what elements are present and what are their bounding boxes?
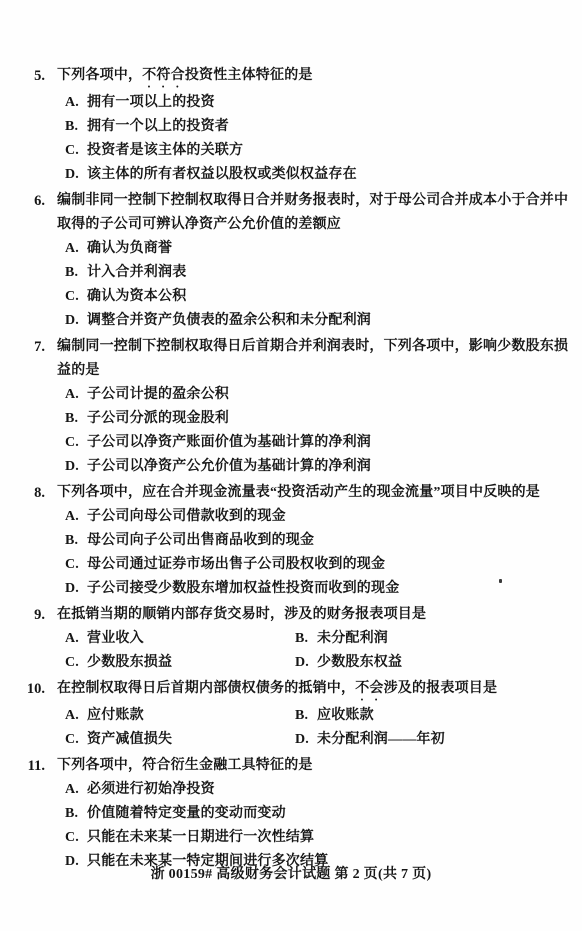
question-body: 下列各项中，不符合投资性主体特征的是 A.拥有一项以上的投资B.拥有一个以上的投… xyxy=(57,64,568,187)
question-body: 下列各项中，应在合并现金流量表“投资活动产生的现金流量”项目中反映的是 A.子公… xyxy=(57,481,568,601)
option-text: 未分配利润 xyxy=(317,627,388,651)
question-stem: 编制非同一控制下控制权取得日合并财务报表时，对于母公司合并成本小于合并中取得的子… xyxy=(57,189,568,237)
option-text: 计入合并利润表 xyxy=(87,261,186,285)
option-letter: B. xyxy=(65,529,87,553)
option-c: C.投资者是该主体的关联方 xyxy=(65,139,568,163)
option-a: A.确认为负商誉 xyxy=(65,237,568,261)
option-letter: A. xyxy=(65,383,87,407)
option-text: 价值随着特定变量的变动而变动 xyxy=(87,802,286,826)
option-letter: C. xyxy=(65,553,87,577)
stem-line: 取得的子公司可辨认净资产公允价值的差额应 xyxy=(57,213,568,237)
page-footer-text: 浙 00159# 高级财务会计试题 第 2 页(共 7 页) xyxy=(151,867,432,882)
option-c: C.资产减值损失 xyxy=(65,728,295,752)
question-number: 6. xyxy=(0,189,45,213)
option-a: A.必须进行初始净投资 xyxy=(65,778,568,802)
stem-text: 在抵销当期的顺销内部存货交易时，涉及的财务报表项目是 xyxy=(57,607,426,622)
option-letter: D. xyxy=(65,455,87,479)
emphasized-text: 不会 xyxy=(355,681,383,696)
stem-line: 编制同一控制下控制权取得日后首期合并利润表时，下列各项中，影响少数股东损 xyxy=(57,335,568,359)
option-text: 只能在未来某一日期进行一次性结算 xyxy=(87,826,314,850)
option-text: 拥有一个以上的投资者 xyxy=(87,115,229,139)
option-a: A.子公司计提的盈余公积 xyxy=(65,383,568,407)
option-c: C.少数股东损益 xyxy=(65,651,295,675)
question-body: 编制非同一控制下控制权取得日合并财务报表时，对于母公司合并成本小于合并中取得的子… xyxy=(57,189,568,333)
question-number: 8. xyxy=(0,481,45,505)
option-text: 少数股东权益 xyxy=(317,651,402,675)
option-letter: A. xyxy=(65,505,87,529)
question-stem: 下列各项中，应在合并现金流量表“投资活动产生的现金流量”项目中反映的是 xyxy=(57,481,568,505)
option-d: D.子公司接受少数股东增加权益性投资而收到的现金 xyxy=(65,577,568,601)
stem-text: 投资性主体特征的是 xyxy=(185,68,313,83)
option-list: A.必须进行初始净投资B.价值随着特定变量的变动而变动C.只能在未来某一日期进行… xyxy=(65,778,568,874)
question: 9. 在抵销当期的顺销内部存货交易时，涉及的财务报表项目是 A.营业收入B.未分… xyxy=(0,603,568,675)
question-stem: 下列各项中，符合衍生金融工具特征的是 xyxy=(57,754,568,778)
question-list: 5. 下列各项中，不符合投资性主体特征的是 A.拥有一项以上的投资B.拥有一个以… xyxy=(0,64,568,876)
question-number: 10. xyxy=(0,677,45,701)
stem-line: 在控制权取得日后首期内部债权债务的抵销中，不会涉及的报表项目是 xyxy=(57,677,568,704)
stem-text: 下列各项中， xyxy=(57,68,142,83)
option-list: A.子公司向母公司借款收到的现金B.母公司向子公司出售商品收到的现金C.母公司通… xyxy=(65,505,568,601)
question: 10. 在控制权取得日后首期内部债权债务的抵销中，不会涉及的报表项目是 A.应付… xyxy=(0,677,568,752)
option-text: 该主体的所有者权益以股权或类似权益存在 xyxy=(87,163,357,187)
option-a: A.子公司向母公司借款收到的现金 xyxy=(65,505,568,529)
option-letter: B. xyxy=(295,704,317,728)
question: 11. 下列各项中，符合衍生金融工具特征的是 A.必须进行初始净投资B.价值随着… xyxy=(0,754,568,874)
option-letter: D. xyxy=(295,651,317,675)
option-c: C.只能在未来某一日期进行一次性结算 xyxy=(65,826,568,850)
question: 7. 编制同一控制下控制权取得日后首期合并利润表时，下列各项中，影响少数股东损益… xyxy=(0,335,568,479)
option-list: A.应付账款B.应收账款C.资产减值损失D.未分配利润——年初 xyxy=(65,704,568,752)
stem-line: 下列各项中，应在合并现金流量表“投资活动产生的现金流量”项目中反映的是 xyxy=(57,481,568,505)
option-text: 子公司以净资产公允价值为基础计算的净利润 xyxy=(87,455,371,479)
option-letter: D. xyxy=(65,309,87,333)
question-body: 编制同一控制下控制权取得日后首期合并利润表时，下列各项中，影响少数股东损益的是 … xyxy=(57,335,568,479)
option-letter: A. xyxy=(65,91,87,115)
option-letter: C. xyxy=(65,728,87,752)
option-letter: B. xyxy=(65,407,87,431)
option-text: 子公司接受少数股东增加权益性投资而收到的现金 xyxy=(87,577,399,601)
option-text: 子公司以净资产账面价值为基础计算的净利润 xyxy=(87,431,371,455)
option-text: 拥有一项以上的投资 xyxy=(87,91,215,115)
option-letter: A. xyxy=(65,627,87,651)
question-stem: 下列各项中，不符合投资性主体特征的是 xyxy=(57,64,568,91)
option-text: 应收账款 xyxy=(317,704,374,728)
option-d: D.调整合并资产负债表的盈余公积和未分配利润 xyxy=(65,309,568,333)
option-letter: C. xyxy=(65,431,87,455)
option-c: C.母公司通过证券市场出售子公司股权收到的现金 xyxy=(65,553,568,577)
question-stem: 编制同一控制下控制权取得日后首期合并利润表时，下列各项中，影响少数股东损益的是 xyxy=(57,335,568,383)
option-text: 母公司向子公司出售商品收到的现金 xyxy=(87,529,314,553)
option-d: D.未分配利润——年初 xyxy=(295,728,568,752)
option-text: 营业收入 xyxy=(87,627,144,651)
option-text: 投资者是该主体的关联方 xyxy=(87,139,243,163)
scan-speck xyxy=(499,579,502,583)
emphasized-text: 不符合 xyxy=(142,68,185,83)
option-list: A.营业收入B.未分配利润C.少数股东损益D.少数股东权益 xyxy=(65,627,568,675)
stem-text: 益的是 xyxy=(57,363,100,378)
option-letter: C. xyxy=(65,285,87,309)
option-d: D.子公司以净资产公允价值为基础计算的净利润 xyxy=(65,455,568,479)
option-text: 资产减值损失 xyxy=(87,728,172,752)
stem-text: 编制非同一控制下控制权取得日合并财务报表时，对于母公司合并成本小于合并中 xyxy=(57,193,568,208)
option-b: B.价值随着特定变量的变动而变动 xyxy=(65,802,568,826)
question-number: 5. xyxy=(0,64,45,88)
option-letter: D. xyxy=(295,728,317,752)
option-list: A.子公司计提的盈余公积B.子公司分派的现金股利C.子公司以净资产账面价值为基础… xyxy=(65,383,568,479)
question-body: 在控制权取得日后首期内部债权债务的抵销中，不会涉及的报表项目是 A.应付账款B.… xyxy=(57,677,568,752)
stem-line: 编制非同一控制下控制权取得日合并财务报表时，对于母公司合并成本小于合并中 xyxy=(57,189,568,213)
page-footer: 浙 00159# 高级财务会计试题 第 2 页(共 7 页) xyxy=(0,864,582,886)
option-c: C.确认为资本公积 xyxy=(65,285,568,309)
stem-text: 编制同一控制下控制权取得日后首期合并利润表时，下列各项中，影响少数股东损 xyxy=(57,339,568,354)
option-b: B.未分配利润 xyxy=(295,627,568,651)
stem-text: 涉及的报表项目是 xyxy=(384,681,498,696)
option-text: 未分配利润——年初 xyxy=(317,728,445,752)
option-b: B.计入合并利润表 xyxy=(65,261,568,285)
question: 5. 下列各项中，不符合投资性主体特征的是 A.拥有一项以上的投资B.拥有一个以… xyxy=(0,64,568,187)
option-text: 应付账款 xyxy=(87,704,144,728)
option-b: B.应收账款 xyxy=(295,704,568,728)
option-letter: C. xyxy=(65,139,87,163)
option-a: A.营业收入 xyxy=(65,627,295,651)
option-letter: B. xyxy=(65,261,87,285)
option-d: D.该主体的所有者权益以股权或类似权益存在 xyxy=(65,163,568,187)
option-list: A.拥有一项以上的投资B.拥有一个以上的投资者C.投资者是该主体的关联方D.该主… xyxy=(65,91,568,187)
question: 6. 编制非同一控制下控制权取得日合并财务报表时，对于母公司合并成本小于合并中取… xyxy=(0,189,568,333)
stem-text: 取得的子公司可辨认净资产公允价值的差额应 xyxy=(57,217,341,232)
option-letter: B. xyxy=(65,115,87,139)
question-stem: 在抵销当期的顺销内部存货交易时，涉及的财务报表项目是 xyxy=(57,603,568,627)
stem-line: 在抵销当期的顺销内部存货交易时，涉及的财务报表项目是 xyxy=(57,603,568,627)
option-text: 确认为负商誉 xyxy=(87,237,172,261)
stem-text: 下列各项中，应在合并现金流量表“投资活动产生的现金流量”项目中反映的是 xyxy=(57,485,540,500)
option-letter: A. xyxy=(65,237,87,261)
option-c: C.子公司以净资产账面价值为基础计算的净利润 xyxy=(65,431,568,455)
question-body: 在抵销当期的顺销内部存货交易时，涉及的财务报表项目是 A.营业收入B.未分配利润… xyxy=(57,603,568,675)
stem-text: 在控制权取得日后首期内部债权债务的抵销中， xyxy=(57,681,355,696)
option-text: 少数股东损益 xyxy=(87,651,172,675)
question-stem: 在控制权取得日后首期内部债权债务的抵销中，不会涉及的报表项目是 xyxy=(57,677,568,704)
option-d: D.少数股东权益 xyxy=(295,651,568,675)
option-b: B.子公司分派的现金股利 xyxy=(65,407,568,431)
option-letter: C. xyxy=(65,826,87,850)
option-letter: D. xyxy=(65,577,87,601)
option-letter: A. xyxy=(65,778,87,802)
question-body: 下列各项中，符合衍生金融工具特征的是 A.必须进行初始净投资B.价值随着特定变量… xyxy=(57,754,568,874)
option-text: 子公司计提的盈余公积 xyxy=(87,383,229,407)
option-letter: D. xyxy=(65,163,87,187)
option-text: 必须进行初始净投资 xyxy=(87,778,215,802)
exam-page: 5. 下列各项中，不符合投资性主体特征的是 A.拥有一项以上的投资B.拥有一个以… xyxy=(0,0,582,931)
stem-line: 下列各项中，不符合投资性主体特征的是 xyxy=(57,64,568,91)
option-letter: B. xyxy=(65,802,87,826)
option-letter: A. xyxy=(65,704,87,728)
option-letter: C. xyxy=(65,651,87,675)
option-b: B.拥有一个以上的投资者 xyxy=(65,115,568,139)
option-b: B.母公司向子公司出售商品收到的现金 xyxy=(65,529,568,553)
option-text: 调整合并资产负债表的盈余公积和未分配利润 xyxy=(87,309,371,333)
stem-line: 下列各项中，符合衍生金融工具特征的是 xyxy=(57,754,568,778)
option-text: 子公司向母公司借款收到的现金 xyxy=(87,505,286,529)
option-text: 母公司通过证券市场出售子公司股权收到的现金 xyxy=(87,553,385,577)
option-a: A.拥有一项以上的投资 xyxy=(65,91,568,115)
question-number: 9. xyxy=(0,603,45,627)
option-list: A.确认为负商誉B.计入合并利润表C.确认为资本公积D.调整合并资产负债表的盈余… xyxy=(65,237,568,333)
option-letter: B. xyxy=(295,627,317,651)
question-number: 7. xyxy=(0,335,45,359)
stem-text: 下列各项中，符合衍生金融工具特征的是 xyxy=(57,758,313,773)
option-text: 子公司分派的现金股利 xyxy=(87,407,229,431)
option-text: 确认为资本公积 xyxy=(87,285,186,309)
question: 8. 下列各项中，应在合并现金流量表“投资活动产生的现金流量”项目中反映的是 A… xyxy=(0,481,568,601)
stem-line: 益的是 xyxy=(57,359,568,383)
option-a: A.应付账款 xyxy=(65,704,295,728)
question-number: 11. xyxy=(0,754,45,778)
